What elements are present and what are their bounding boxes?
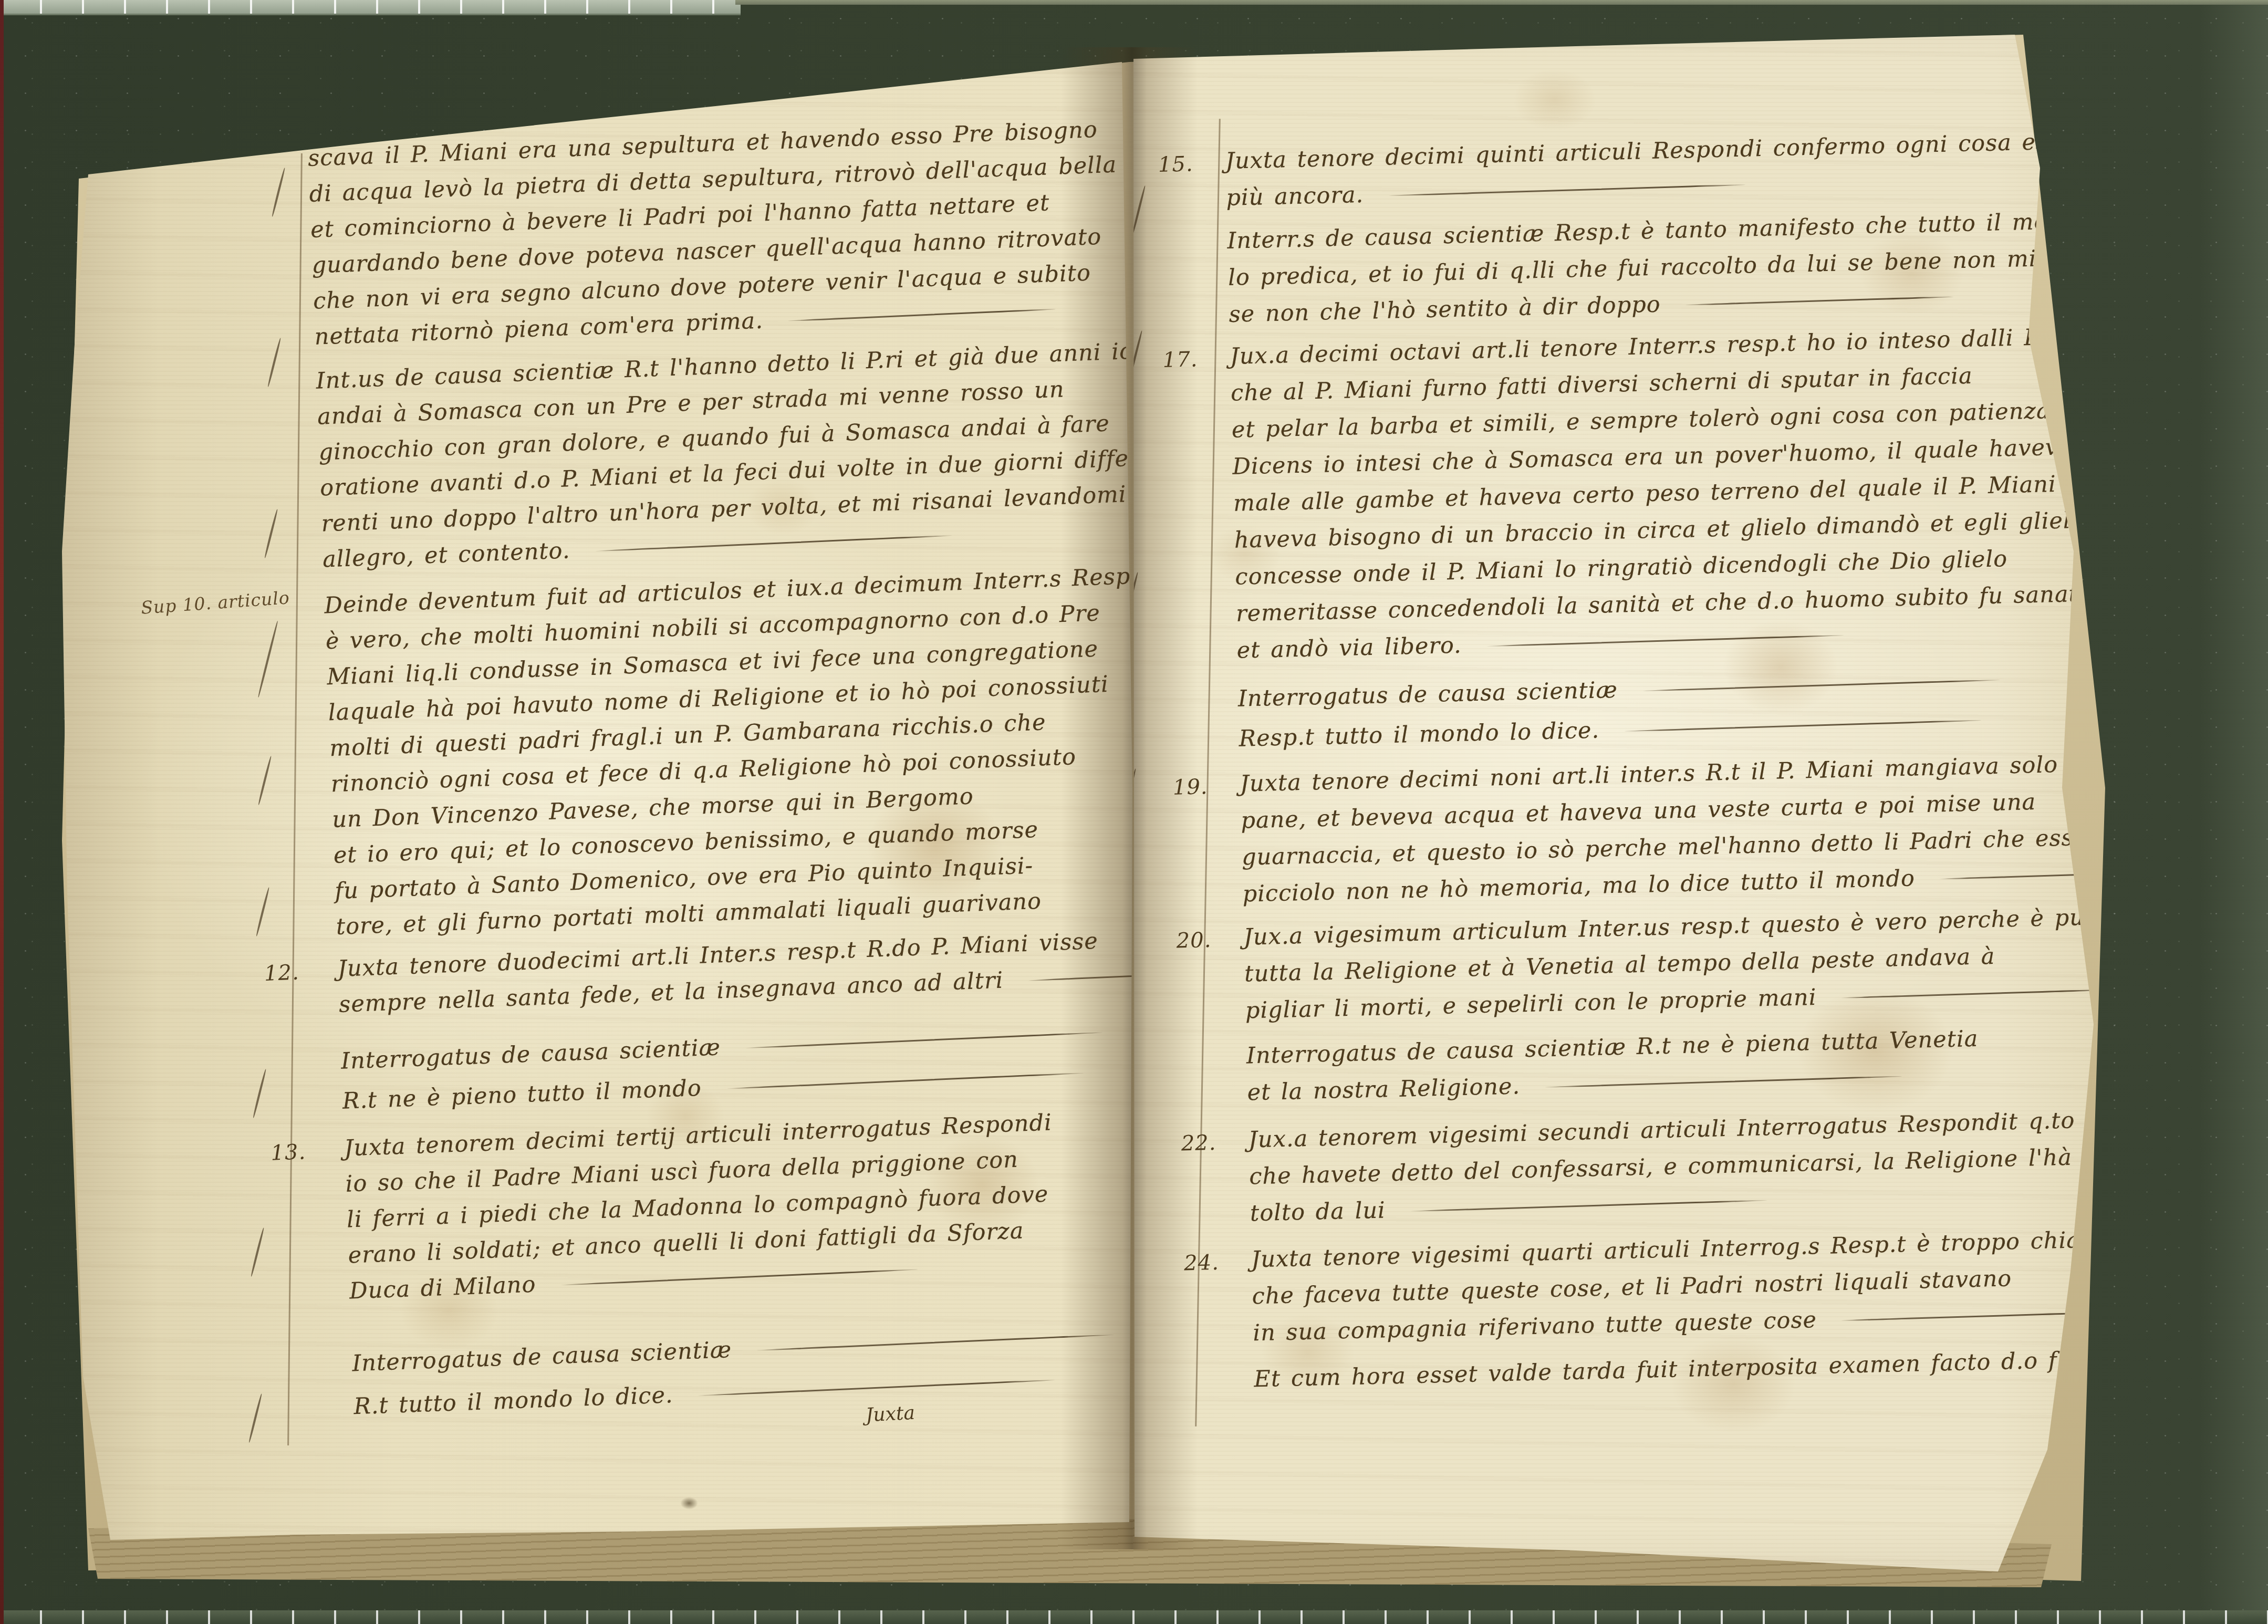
margin-tick [1131, 185, 1146, 235]
ink-filler-line [746, 1032, 1102, 1049]
ink-filler-line [788, 308, 1056, 321]
manuscript-paragraph: 19.Juxta tenore decimi noni art.li inter… [1240, 747, 2007, 912]
catchword: Juxta [865, 1402, 915, 1427]
margin-tick [257, 756, 272, 805]
margin-tick [271, 168, 285, 217]
article-number: 17. [1162, 341, 1198, 379]
article-number: 12. [264, 955, 300, 992]
ink-filler-line [1410, 1199, 1767, 1212]
manuscript-line-text: tolto da lui [1250, 1192, 1396, 1232]
manuscript-line-text: R.t ne è pieno tutto il mondo [342, 1070, 713, 1119]
foxing-stain [1513, 68, 1597, 131]
ink-spot [680, 1497, 698, 1510]
scan-edge-artifact [0, 0, 4, 1624]
manuscript-paragraph: Interrogatus de causa scientiæ R.t ne è … [1246, 1019, 2012, 1111]
manuscript-line: Et cum hora esset valde tarda fuit inter… [1254, 1343, 2019, 1398]
manuscript-paragraph: scava il P. Miani era una sepultura et h… [307, 113, 1074, 355]
manuscript-paragraph: 24.Juxta tenore vigesimi quarti articuli… [1251, 1223, 2017, 1351]
article-number: 22. [1181, 1125, 1216, 1162]
ink-filler-line [561, 1268, 918, 1286]
article-number: 13. [270, 1134, 306, 1171]
margin-tick [267, 338, 281, 387]
manuscript-line-text: Duca di Milano [349, 1266, 547, 1309]
manuscript-paragraph: Int.us de causa scientiæ R.t l'hanno det… [316, 336, 1082, 578]
left-page-text-column: scava il P. Miani era una sepultura et h… [307, 113, 1113, 1424]
article-number: 24. [1183, 1244, 1219, 1282]
manuscript-line-text: et la nostra Religione. [1247, 1068, 1531, 1111]
ink-filler-line [1389, 184, 1746, 196]
scanner-ruler-bottom [0, 1610, 2268, 1624]
manuscript-line-text: et andò via libero. [1236, 627, 1472, 669]
manuscript-paragraph: 22.Jux.a tenorem vigesimi secundi articu… [1248, 1104, 2015, 1232]
manuscript-paragraph: 15.Juxta tenore decimi quinti articuli R… [1225, 125, 1991, 216]
ink-filler-line [1486, 634, 1844, 647]
ink-filler-line [595, 535, 952, 552]
manuscript-paragraph: Deinde deventum fuit ad articulos et iux… [324, 560, 1095, 944]
ink-filler-line [726, 1072, 1083, 1089]
manuscript-line-text: R.t tutto il mondo lo dice. [353, 1377, 684, 1424]
manuscript-line-text: Interrogatus de causa scientiæ [351, 1331, 743, 1381]
manuscript-line-text: Resp.t tutto il mondo lo dice. [1239, 712, 1610, 757]
margin-annotation: Sup 10. articulo [140, 587, 290, 618]
manuscript-paragraph: 17.Jux.a decimi octavi art.li tenore Int… [1230, 320, 2001, 669]
manuscript-line-text: più ancora. [1226, 176, 1375, 216]
scanner-ruler-top [0, 0, 741, 15]
scanner-edge-top [735, 0, 2268, 5]
ink-filler-line [1643, 679, 2000, 692]
ink-filler-line [698, 1379, 1055, 1397]
margin-tick [264, 509, 278, 558]
ruled-margin-line-left [287, 153, 303, 1445]
ink-filler-line [1625, 719, 1982, 732]
margin-tick [257, 621, 278, 698]
margin-tick [250, 1227, 264, 1277]
ink-filler-line [1842, 988, 2109, 998]
manuscript-paragraph: 13.Juxta tenorem decimi tertij articuli … [344, 1103, 1108, 1309]
margin-tick [252, 1069, 266, 1118]
manuscript-paragraph: Interr.s de causa scientiæ Resp.t è tant… [1227, 205, 1994, 333]
ink-filler-line [1686, 296, 1953, 306]
article-number: 20. [1176, 922, 1212, 960]
margin-tick [248, 1393, 262, 1443]
margin-tick [255, 887, 269, 936]
manuscript-paragraph: 20.Jux.a vigesimum articulum Inter.us re… [1243, 901, 2010, 1029]
article-number: 15. [1158, 145, 1193, 183]
ink-filler-line [757, 1334, 1114, 1351]
manuscript-paragraph: Et cum hora esset valde tarda fuit inter… [1254, 1343, 2019, 1398]
article-number: 19. [1172, 768, 1208, 806]
manuscript-line-text: Interrogatus de causa scientiæ [1237, 671, 1628, 717]
ink-filler-line [1545, 1075, 1902, 1088]
right-page-text-column: 15.Juxta tenore decimi quinti articuli R… [1225, 125, 2019, 1398]
